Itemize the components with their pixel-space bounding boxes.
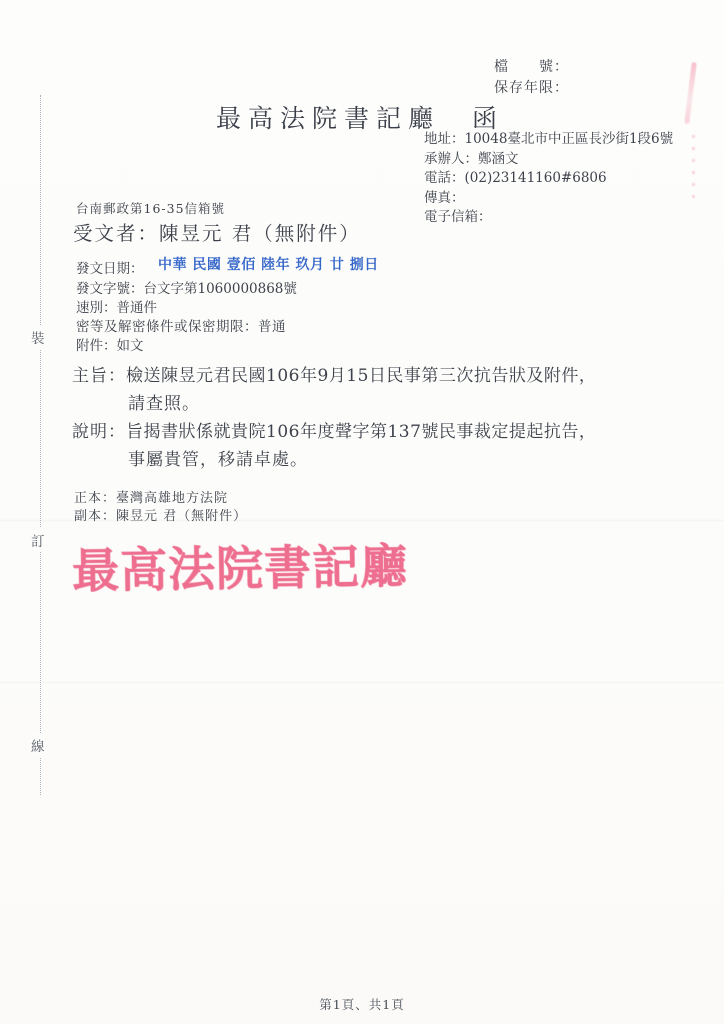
delivery-speed-line: 速別：普通件 bbox=[76, 296, 157, 316]
phone-number: 電話：(02)23141160#6806 bbox=[424, 169, 673, 189]
description-label: 說明： bbox=[72, 417, 126, 442]
binding-dotted-line bbox=[40, 95, 41, 795]
sender-address: 地址：10048臺北市中正區長沙街1段6號 bbox=[424, 130, 673, 150]
recipient-line: 受文者：陳昱元 君（無附件） bbox=[73, 218, 361, 246]
attachment-line: 附件：如文 bbox=[76, 334, 144, 354]
scanned-letter-page: 檔 號： 保存年限： 最高法院書記廳 函 地址：10048臺北市中正區長沙街1段… bbox=[0, 0, 724, 1024]
agency-red-stamp: 最高法院書記廳 bbox=[72, 530, 409, 602]
subject-text-line1: 檢送陳昱元君民國106年9月15日民事第三次抗告狀及附件， bbox=[126, 361, 596, 386]
page-count-footer: 第1頁、共1頁 bbox=[0, 995, 724, 1013]
security-classification-line: 密等及解密條件或保密期限：普通 bbox=[76, 315, 286, 335]
issue-date-label: 發文日期： bbox=[76, 257, 144, 277]
paper-crease-lower bbox=[0, 681, 724, 684]
sender-contact-block: 地址：10048臺北市中正區長沙街1段6號 承辦人：鄭涵文 電話：(02)231… bbox=[424, 130, 673, 228]
issue-date-blue-stamp: 中華 民國 壹佰 陸年 玖月 廿 捌日 bbox=[158, 254, 379, 274]
binding-mark-ding: 訂 bbox=[31, 528, 45, 552]
retention-period-label: 保存年限： bbox=[494, 77, 569, 97]
pink-ink-smudge bbox=[684, 62, 697, 124]
description-text-line1: 旨揭書狀係就貴院106年度聲字第137號民事裁定提起抗告， bbox=[126, 417, 596, 442]
document-number-line: 發文字號：台文字第1060000868號 bbox=[76, 277, 297, 297]
subject-text-line2: 請查照。 bbox=[128, 389, 200, 414]
contact-person: 承辦人：鄭涵文 bbox=[424, 150, 673, 170]
binding-mark-xian: 線 bbox=[31, 733, 45, 757]
email-label: 電子信箱： bbox=[424, 208, 673, 228]
pink-ink-dots bbox=[692, 135, 695, 205]
binding-mark-zhuang: 裝 bbox=[31, 325, 45, 349]
description-text-line2: 事屬貴管，移請卓處。 bbox=[128, 445, 308, 470]
file-number-label: 檔 號： bbox=[494, 56, 569, 76]
paper-crease-upper bbox=[0, 519, 724, 522]
original-copy-line: 正本：臺灣高雄地方法院 bbox=[74, 487, 228, 506]
fax-label: 傳真： bbox=[424, 189, 673, 209]
subject-label: 主旨： bbox=[72, 361, 126, 386]
po-box-line: 台南郵政第16-35信箱號 bbox=[76, 199, 225, 217]
